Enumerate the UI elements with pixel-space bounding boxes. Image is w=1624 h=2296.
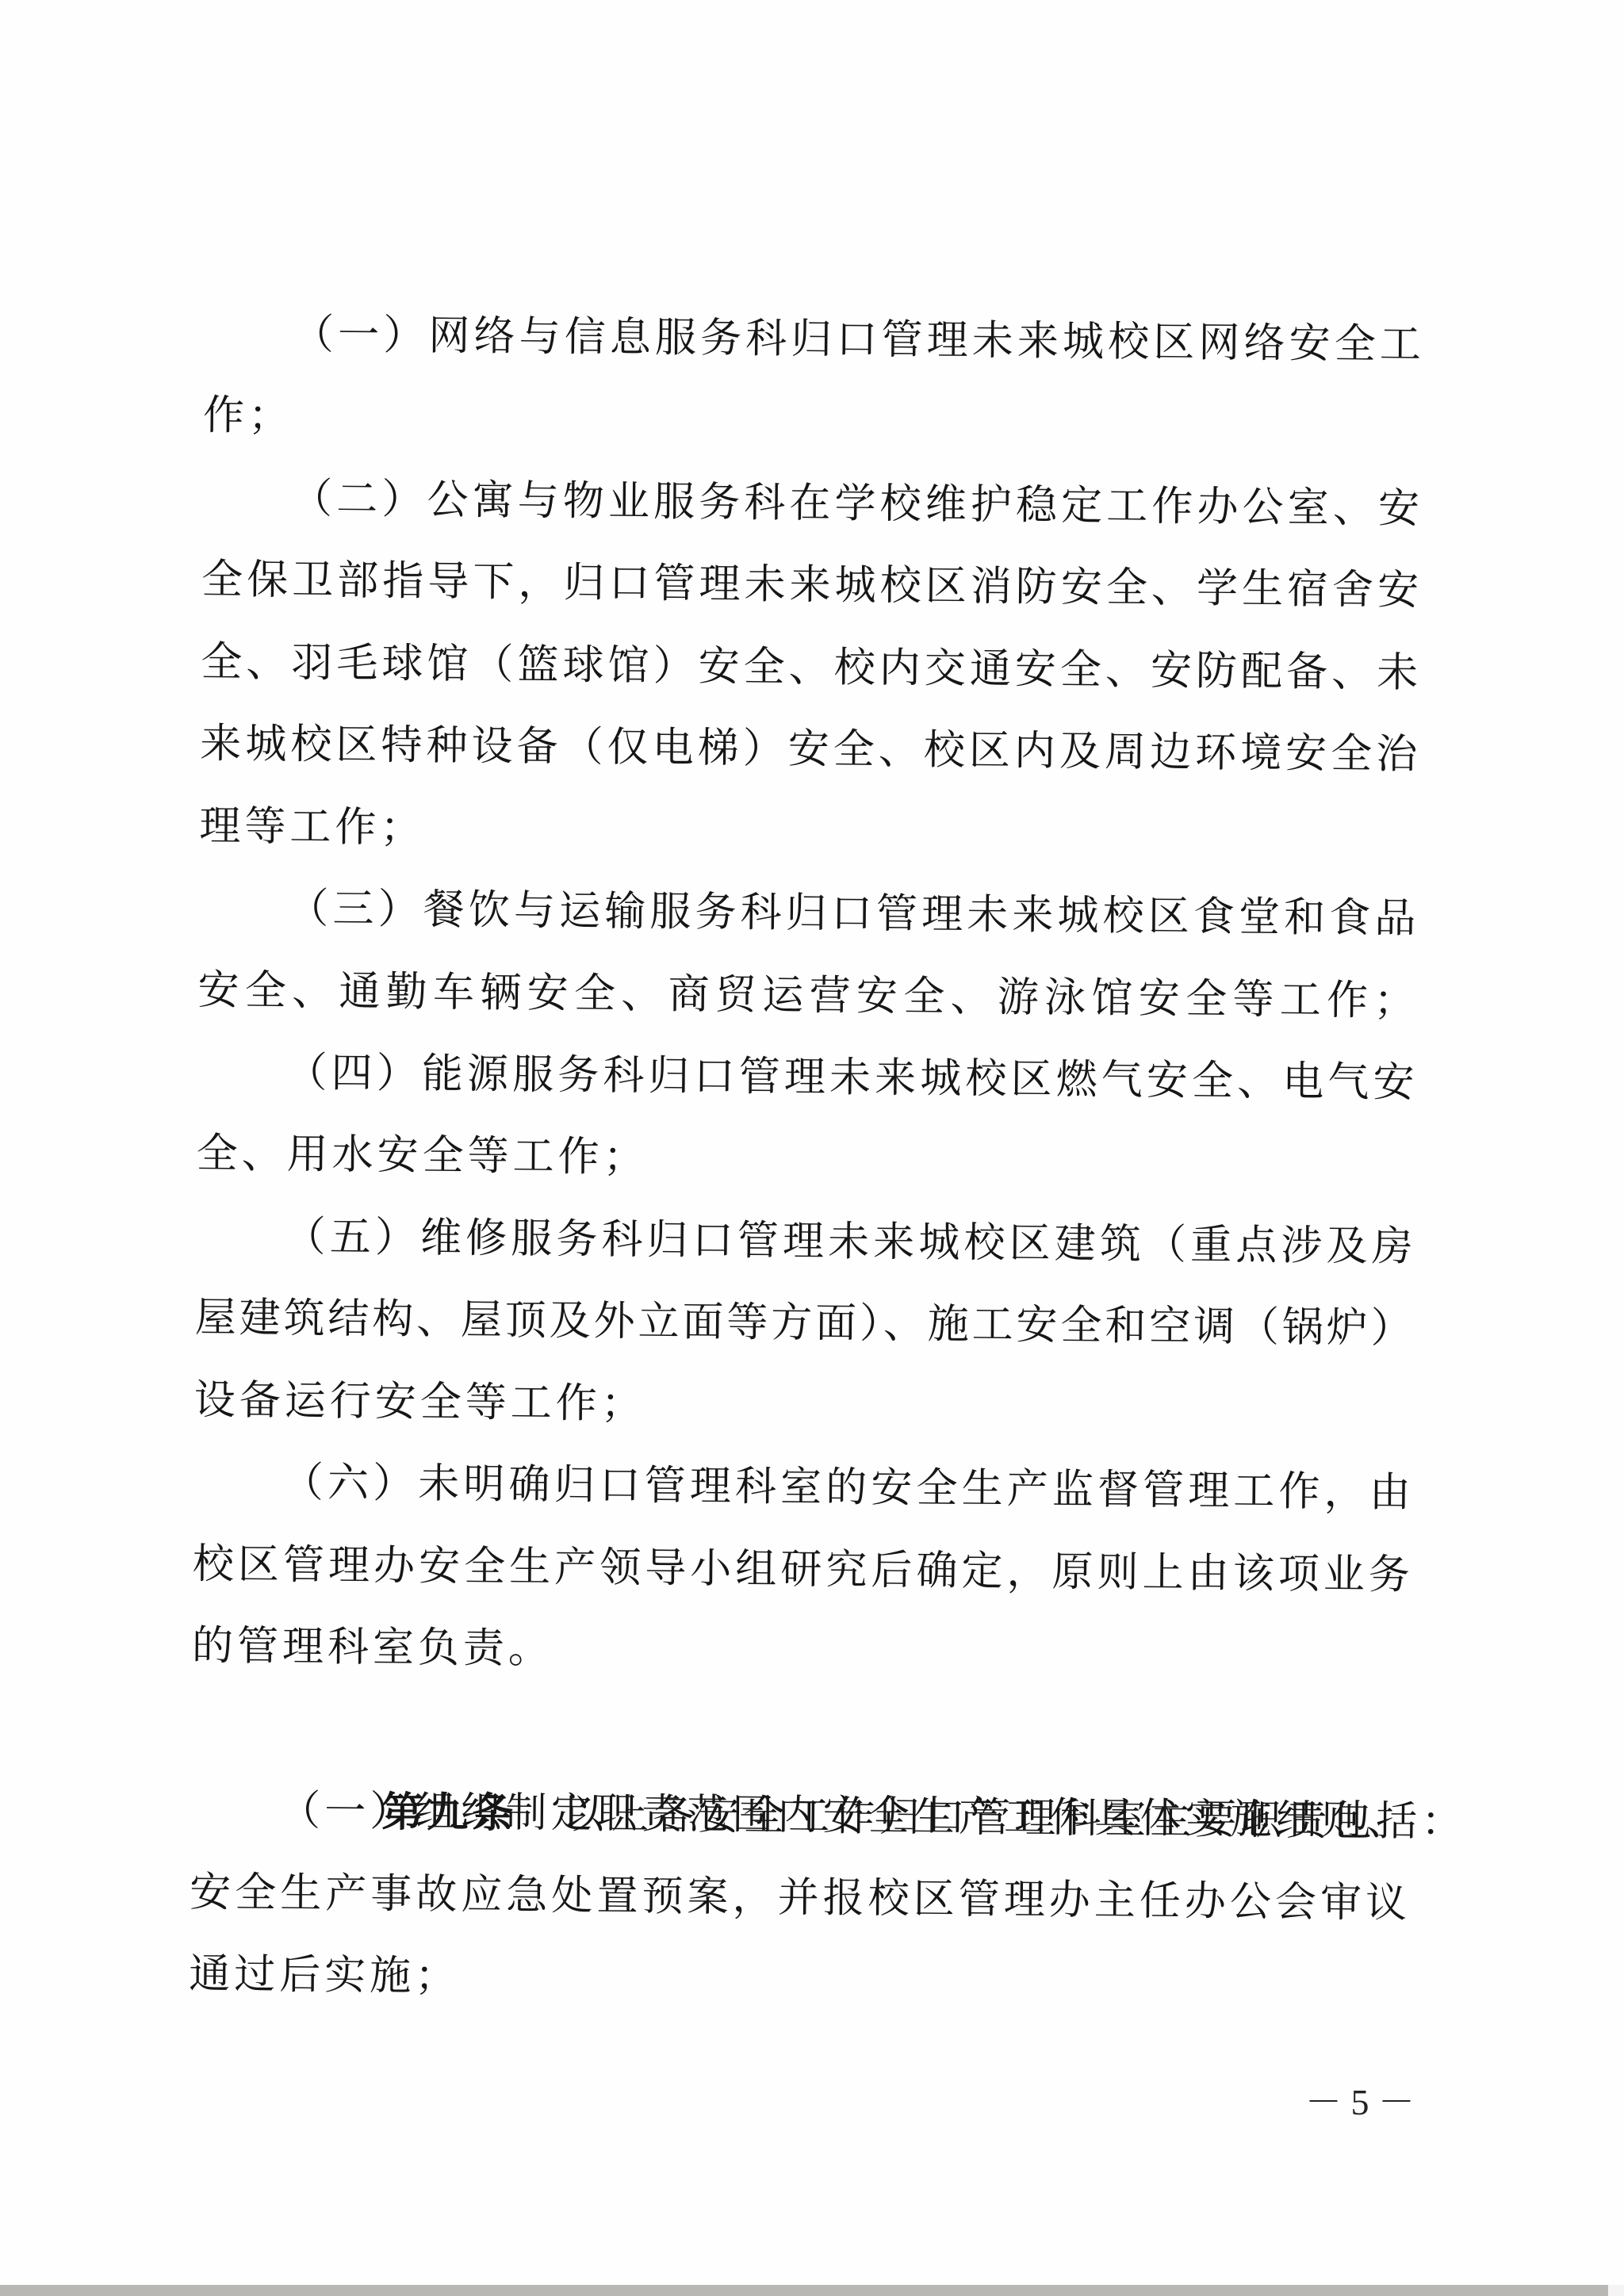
paragraph-item-5-line-1: （五）维修服务科归口管理未来城校区建筑（重点涉及房 — [195, 1195, 1413, 1288]
document-page: （一）网络与信息服务科归口管理未来城校区网络安全工 作； （二）公寓与物业服务科… — [0, 0, 1624, 2285]
paragraph-item-2-line-2: 全保卫部指导下，归口管理未来城校区消防安全、学生宿舍安 — [201, 538, 1419, 632]
page-number: － 5 － — [1300, 2079, 1419, 2126]
paragraph-item-2-line-3: 全、羽毛球馆（篮球馆）安全、校内交通安全、安防配备、未 — [201, 621, 1419, 714]
scanner-bottom-edge — [0, 2285, 1608, 2296]
paragraph-item-1-line-2: 作； — [203, 374, 294, 457]
paragraph-item-6-line-2: 校区管理办安全生产领导小组研究后确定，原则上由该项业务 — [192, 1523, 1410, 1617]
paragraph-item-2-line-4: 来城校区特种设备（仅电梯）安全、校区内及周边环境安全治 — [200, 702, 1418, 796]
paragraph-item-4-line-2: 全、用水安全等工作； — [196, 1112, 649, 1199]
scanner-bottom-edge-right — [1608, 2285, 1624, 2296]
paragraph-item-6-line-1: （六）未明确归口管理科室的安全生产监督管理工作，由 — [193, 1441, 1411, 1534]
article-9-item-1-line-1: （一）组织制定职责范围内安全生产工作具体实施细则、 — [190, 1769, 1408, 1862]
article-9-item-1-line-3: 通过后实施； — [189, 1933, 461, 2018]
paragraph-item-3-line-1: （三）餐饮与运输服务科归口管理未来城校区食堂和食品 — [198, 867, 1416, 960]
paragraph-item-2-line-1: （二）公寓与物业服务科在学校维护稳定工作办公室、安 — [202, 457, 1420, 550]
paragraph-item-1-line-1: （一）网络与信息服务科归口管理未来城校区网络安全工 — [204, 293, 1422, 386]
paragraph-item-6-line-3: 的管理科室负责。 — [192, 1605, 554, 1690]
paragraph-item-5-line-2: 屋建筑结构、屋顶及外立面等方面）、施工安全和空调（锅炉） — [194, 1276, 1412, 1370]
document-body: （一）网络与信息服务科归口管理未来城校区网络安全工 作； （二）公寓与物业服务科… — [0, 0, 1624, 2296]
article-9-item-1-line-2: 安全生产事故应急处置预案，并报校区管理办主任办公会审议 — [190, 1851, 1408, 1945]
paragraph-item-5-line-3: 设备运行安全等工作； — [193, 1359, 646, 1445]
article-9-line: 第九条 以上各安全工作归口管理科室主要职责包括： — [191, 1687, 1468, 1781]
paragraph-item-4-line-1: （四）能源服务科归口管理未来城校区燃气安全、电气安 — [197, 1031, 1415, 1124]
paragraph-item-3-line-2: 安全、通勤车辆安全、商贸运营安全、游泳馆安全等工作； — [197, 949, 1415, 1043]
paragraph-item-2-line-5: 理等工作； — [199, 785, 426, 870]
